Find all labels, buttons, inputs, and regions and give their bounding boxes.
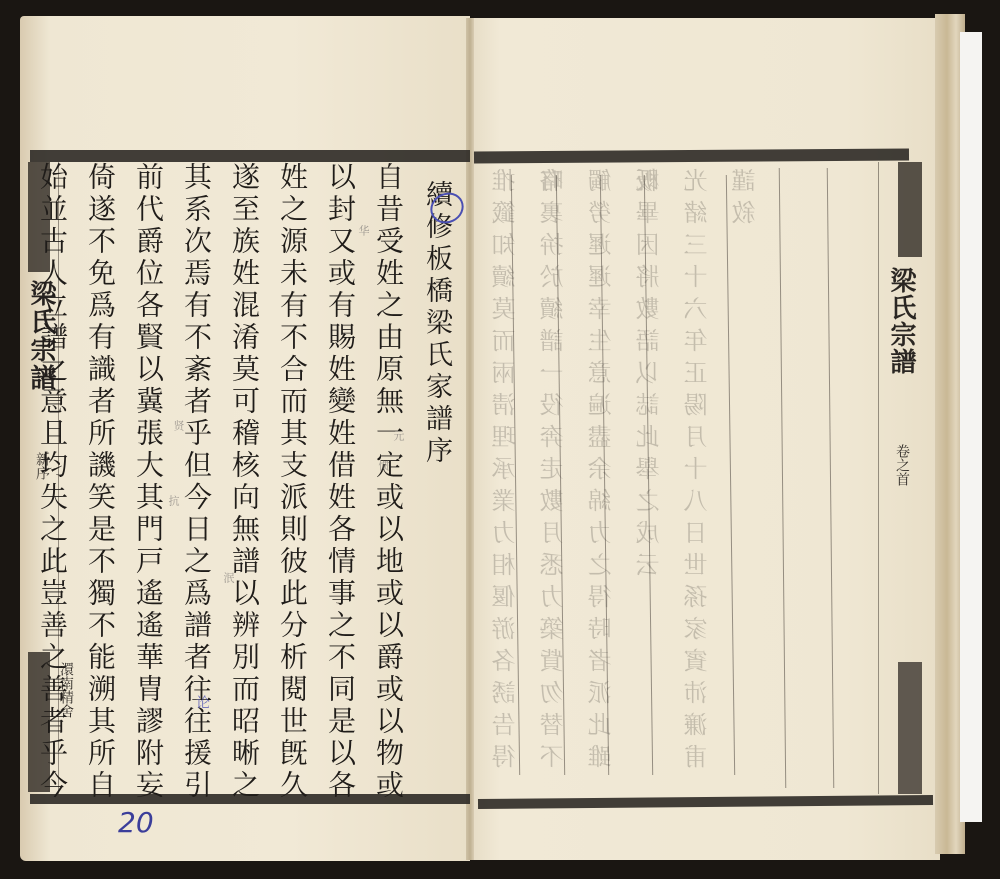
preface-text-block: 續修板橋梁氏家譜序 自昔受姓之由原無一定或以地或以爵或以物或 以封又或有賜姓變姓… — [60, 162, 460, 792]
banxin-volume-label: 卷之首 — [892, 444, 912, 486]
text-column: 姓之源未有不合而其支派則彼此分析閱世旣久 — [268, 162, 316, 792]
pencil-annotation: 惯 — [375, 460, 391, 471]
text-column: 前代爵位各賢以冀張大其門戸遙遙華胄謬附妄 — [124, 162, 172, 792]
fish-tail-ornament-top — [898, 162, 922, 257]
text-column: 始並古人立譜之意且均失之此豈善之善者乎今 — [28, 162, 76, 792]
pencil-annotation: 华 — [355, 225, 371, 236]
text-column: 以封又或有賜姓變姓借姓各情事之不同是以各 — [316, 162, 364, 792]
preface-title: 續修板橋梁氏家譜序 — [412, 162, 460, 792]
ghost-column: 觸勞遲遲幸生意遍盡余綿力之得時者派此雖板 — [578, 168, 626, 788]
column-divider — [878, 162, 879, 794]
ghost-column: 光緒三十六年正陽月十八日世孫家賓沛濂甫謹敘 — [674, 168, 722, 788]
right-margin-banxin: 梁氏宗譜 卷之首 — [880, 162, 920, 794]
book-spread: 梁氏宗譜 新序 澴南精舍 續修板橋梁氏家譜序 自昔受姓之由原無一定或以地或以爵或… — [0, 0, 1000, 879]
fish-tail-ornament-bottom — [898, 662, 922, 794]
book-gutter — [466, 18, 474, 860]
text-column: 遂至族姓混淆莫可稽核向無譜以辨別而昭晰之 — [220, 162, 268, 792]
pencil-annotation: 抗 — [165, 495, 181, 506]
backing-paper-strip — [960, 32, 982, 822]
text-column: 倚遂不免爲有識者所譏笑是不獨不能溯其所自 — [76, 162, 124, 792]
pen-annotation: 论 — [192, 695, 212, 709]
handwritten-page-number: 20 — [118, 806, 154, 839]
pencil-annotation: 贤 — [170, 420, 186, 431]
banxin-book-title: 梁氏宗譜 — [886, 267, 916, 375]
pencil-annotation: 元 — [390, 430, 406, 441]
bleed-through-text: 推籤知續莫而兩淸理承業力相偃游各誘告得略 有裏拚於續譜一役奔走數月悉力築貲勿替不… — [482, 168, 722, 788]
left-frame-top-border — [30, 150, 470, 162]
text-column: 自昔受姓之由原無一定或以地或以爵或以物或 — [364, 162, 412, 792]
ghost-column: 既畢因將數語以誌此舉之成云 — [626, 168, 674, 788]
pencil-annotation: 泯 — [220, 572, 236, 583]
ghost-column: 有裏拚於續譜一役奔走數月悉力築貲勿替不 — [530, 168, 578, 788]
ghost-column: 推籤知續莫而兩淸理承業力相偃游各誘告得略 — [482, 168, 530, 788]
pencil-annotation: 华 — [188, 615, 204, 626]
